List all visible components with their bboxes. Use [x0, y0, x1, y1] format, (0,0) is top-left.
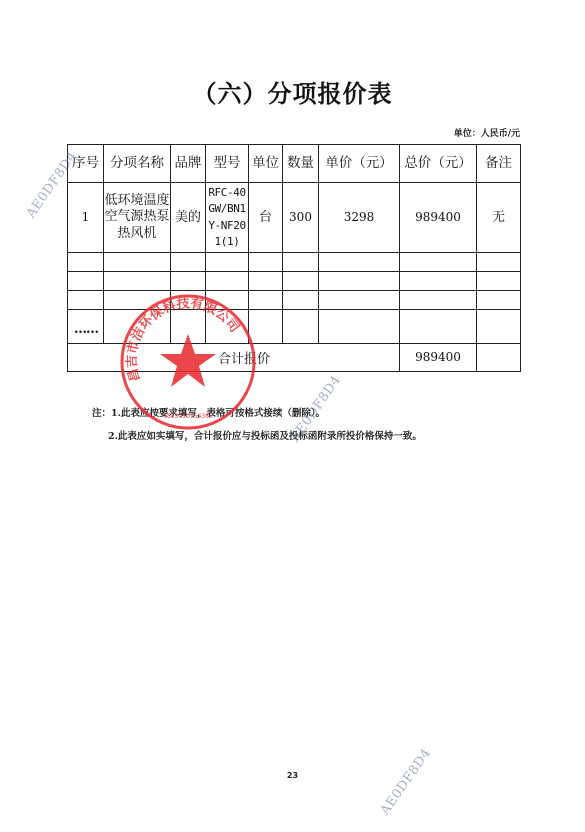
header-brand: 品牌: [171, 145, 206, 183]
empty-cell: [171, 310, 206, 344]
empty-cell: [171, 253, 206, 272]
empty-cell: [319, 253, 400, 272]
empty-cell: [249, 253, 283, 272]
total-value: 989400: [400, 344, 477, 372]
page-title: （六）分项报价表: [0, 74, 585, 109]
empty-cell: [477, 344, 521, 372]
empty-cell: [283, 253, 319, 272]
table-row-continuation: ……: [68, 310, 521, 344]
empty-cell: [104, 272, 171, 291]
header-model: 型号: [206, 145, 249, 183]
empty-cell: [477, 310, 521, 344]
empty-cell: [477, 272, 521, 291]
currency-unit-label: 单位：人民币/元: [400, 126, 520, 139]
empty-cell: [400, 310, 477, 344]
empty-cell: [249, 272, 283, 291]
empty-cell: [477, 253, 521, 272]
empty-cell: [206, 253, 249, 272]
cell-brand: 美的: [171, 183, 206, 253]
header-quantity: 数量: [283, 145, 319, 183]
cell-unit: 台: [249, 183, 283, 253]
empty-cell: [171, 291, 206, 310]
cell-total-price: 989400: [400, 183, 477, 253]
empty-cell: [477, 291, 521, 310]
total-label: 合计报价: [68, 344, 400, 372]
empty-cell: [249, 310, 283, 344]
empty-cell: [249, 291, 283, 310]
empty-cell: [400, 291, 477, 310]
table-row-empty: [68, 253, 521, 272]
empty-cell: [104, 253, 171, 272]
header-unit: 单位: [249, 145, 283, 183]
empty-cell: [206, 310, 249, 344]
empty-cell: [68, 291, 104, 310]
empty-cell: [206, 291, 249, 310]
empty-cell: [319, 291, 400, 310]
cell-quantity: 300: [283, 183, 319, 253]
empty-cell: [104, 291, 171, 310]
header-unit-price: 单价（元）: [319, 145, 400, 183]
empty-cell: [283, 310, 319, 344]
empty-cell: [68, 272, 104, 291]
continuation-ellipsis: ……: [68, 310, 104, 344]
empty-cell: [171, 272, 206, 291]
table-total-row: 合计报价 989400: [68, 344, 521, 372]
cell-model: RFC-40 GW/BN1 Y-NF20 1(1): [206, 183, 249, 253]
table-row-empty: [68, 272, 521, 291]
itemized-quote-table: 序号 分项名称 品牌 型号 单位 数量 单价（元） 总价（元） 备注 1 低环境…: [67, 144, 521, 372]
cell-remark: 无: [477, 183, 521, 253]
empty-cell: [68, 253, 104, 272]
cell-index: 1: [68, 183, 104, 253]
header-item-name: 分项名称: [104, 145, 171, 183]
table-row: 1 低环境温度空气源热泵热风机 美的 RFC-40 GW/BN1 Y-NF20 …: [68, 183, 521, 253]
empty-cell: [400, 253, 477, 272]
table-row-empty: [68, 291, 521, 310]
page-number: 23: [0, 771, 585, 780]
watermark-text: AE0DF8D4: [378, 746, 435, 818]
empty-cell: [283, 291, 319, 310]
cell-item-name: 低环境温度空气源热泵热风机: [104, 183, 171, 253]
note-1: 注：1.此表应按要求填写，表格可按格式接续（删除）。: [92, 402, 422, 425]
empty-cell: [283, 272, 319, 291]
note-2: 2.此表应如实填写，合计报价应与投标函及投标函附录所投价格保持一致。: [92, 425, 422, 448]
header-remark: 备注: [477, 145, 521, 183]
cell-unit-price: 3298: [319, 183, 400, 253]
notes: 注：1.此表应按要求填写，表格可按格式接续（删除）。 2.此表应如实填写，合计报…: [92, 402, 422, 448]
empty-cell: [206, 272, 249, 291]
header-total-price: 总价（元）: [400, 145, 477, 183]
empty-cell: [319, 310, 400, 344]
empty-cell: [400, 272, 477, 291]
table-header-row: 序号 分项名称 品牌 型号 单位 数量 单价（元） 总价（元） 备注: [68, 145, 521, 183]
empty-cell: [104, 310, 171, 344]
empty-cell: [319, 272, 400, 291]
